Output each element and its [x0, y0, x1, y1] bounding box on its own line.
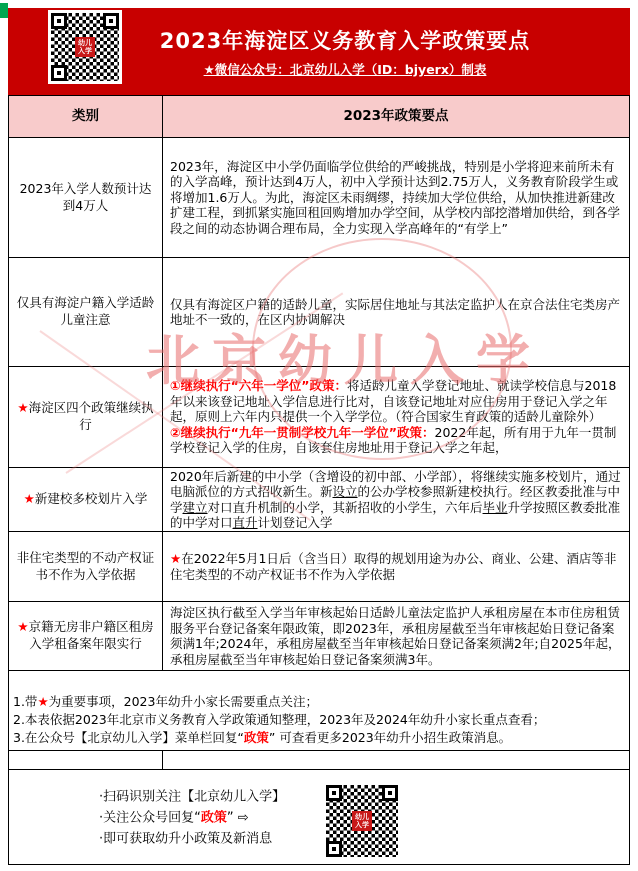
- qr-finder-icon: [51, 65, 67, 81]
- page-subtitle: ★微信公众号：北京幼儿入学（ID：bjyerx）制表: [204, 60, 487, 78]
- column-header-category: 类别: [9, 96, 163, 137]
- green-corner-mark: [0, 3, 8, 18]
- page: 幼儿入学 2023年海淀区义务教育入学政策要点 ★微信公众号：北京幼儿入学（ID…: [0, 0, 638, 871]
- footer-bullet: ·即可获取幼升小政策及新消息: [99, 829, 285, 850]
- header-qr-code: 幼儿入学: [48, 10, 122, 84]
- category-label: 2023年入学人数预计达到4万人: [20, 181, 152, 213]
- category-label: 海淀区四个政策继续执行: [29, 400, 154, 432]
- footer-bullets: ·扫码识别关注【北京幼儿入学】 ·关注公众号回复“政策” ⇨ ·即可获取幼升小政…: [99, 787, 285, 850]
- qr-pattern: 幼儿入学: [326, 785, 398, 857]
- footer-qr-code: 幼儿入学: [323, 782, 401, 860]
- policy-cell: ①继续执行“六年一学位”政策：将适龄儿童入学登记地址、就读学校信息与2018年以…: [163, 367, 629, 467]
- category-label: 非住宅类型的不动产权证书不作为入学依据: [17, 550, 155, 582]
- qr-finder-icon: [51, 13, 67, 29]
- category-cell: ★京籍无房非户籍区租房入学租备案年限实行: [9, 602, 163, 670]
- qr-pattern: 幼儿入学: [51, 13, 119, 81]
- policy-cell: 海淀区执行截至入学当年审核起始日适龄儿童法定监护人承租房屋在本市住房租赁服务平台…: [163, 602, 629, 670]
- category-cell: ★新建校多校划片入学: [9, 468, 163, 531]
- policy-cell: 2020年后新建的中小学（含增设的初中部、小学部），将继续实施多校划片，通过电脑…: [163, 468, 629, 531]
- table-row: 2023年入学人数预计达到4万人 2023年，海淀区中小学仍面临学位供给的严峻挑…: [9, 138, 629, 258]
- table-header-row: 类别 2023年政策要点: [9, 96, 629, 138]
- page-header: 幼儿入学 2023年海淀区义务教育入学政策要点 ★微信公众号：北京幼儿入学（ID…: [8, 8, 630, 95]
- footer-section: ·扫码识别关注【北京幼儿入学】 ·关注公众号回复“政策” ⇨ ·即可获取幼升小政…: [9, 770, 629, 866]
- category-label: 仅具有海淀户籍入学适龄儿童注意: [17, 295, 155, 327]
- qr-finder-icon: [103, 13, 119, 29]
- category-cell: ★海淀区四个政策继续执行: [9, 367, 163, 467]
- footer-bullet: ·关注公众号回复“政策” ⇨: [99, 808, 285, 829]
- note-line: 1.带★为重要事项，2023年幼升小家长需要重点关注；: [13, 693, 625, 711]
- notes-section: 1.带★为重要事项，2023年幼升小家长需要重点关注； 2.本表依据2023年北…: [9, 671, 629, 751]
- policy-cell: ★在2022年5月1日后（含当日）取得的规划用途为办公、商业、公建、酒店等非住宅…: [163, 532, 629, 601]
- note-line: 2.本表依据2023年北京市义务教育入学政策通知整理，2023年及2024年幼升…: [13, 711, 625, 729]
- policy-cell: 仅具有海淀区户籍的适龄儿童，实际居住地址与其法定监护人在京合法住宅类房产地址不一…: [163, 258, 629, 366]
- policy-cell: 2023年，海淀区中小学仍面临学位供给的严峻挑战，特别是小学将迎来前所未有的入学…: [163, 138, 629, 257]
- category-label: 京籍无房非户籍区租房入学租备案年限实行: [29, 619, 154, 651]
- policy-table: 类别 2023年政策要点 2023年入学人数预计达到4万人 2023年，海淀区中…: [8, 95, 630, 865]
- table-row: 仅具有海淀户籍入学适龄儿童注意 仅具有海淀区户籍的适龄儿童，实际居住地址与其法定…: [9, 258, 629, 367]
- category-cell: 非住宅类型的不动产权证书不作为入学依据: [9, 532, 163, 601]
- category-label: 新建校多校划片入学: [35, 491, 148, 506]
- footer-bullet: ·扫码识别关注【北京幼儿入学】: [99, 787, 285, 808]
- empty-spacer-row: [9, 751, 629, 770]
- page-title: 2023年海淀区义务教育入学政策要点: [160, 25, 530, 55]
- note-line: 3.在公众号【北京幼儿入学】菜单栏回复“政策” 可查看更多2023年幼升小招生政…: [13, 729, 625, 747]
- category-cell: 2023年入学人数预计达到4万人: [9, 138, 163, 257]
- qr-logo: 幼儿入学: [75, 37, 95, 57]
- table-row: ★新建校多校划片入学 2020年后新建的中小学（含增设的初中部、小学部），将继续…: [9, 468, 629, 532]
- qr-logo: 幼儿入学: [352, 811, 372, 831]
- qr-finder-icon: [326, 785, 342, 801]
- category-cell: 仅具有海淀户籍入学适龄儿童注意: [9, 258, 163, 366]
- table-row: 非住宅类型的不动产权证书不作为入学依据 ★在2022年5月1日后（含当日）取得的…: [9, 532, 629, 602]
- qr-finder-icon: [382, 785, 398, 801]
- category-cell: [9, 751, 163, 769]
- qr-finder-icon: [326, 841, 342, 857]
- arrow-right-icon: ⇨: [238, 811, 249, 826]
- column-header-policy: 2023年政策要点: [163, 96, 629, 137]
- table-row: ★海淀区四个政策继续执行 ①继续执行“六年一学位”政策：将适龄儿童入学登记地址、…: [9, 367, 629, 468]
- table-row: ★京籍无房非户籍区租房入学租备案年限实行 海淀区执行截至入学当年审核起始日适龄儿…: [9, 602, 629, 671]
- policy-cell: [163, 751, 629, 769]
